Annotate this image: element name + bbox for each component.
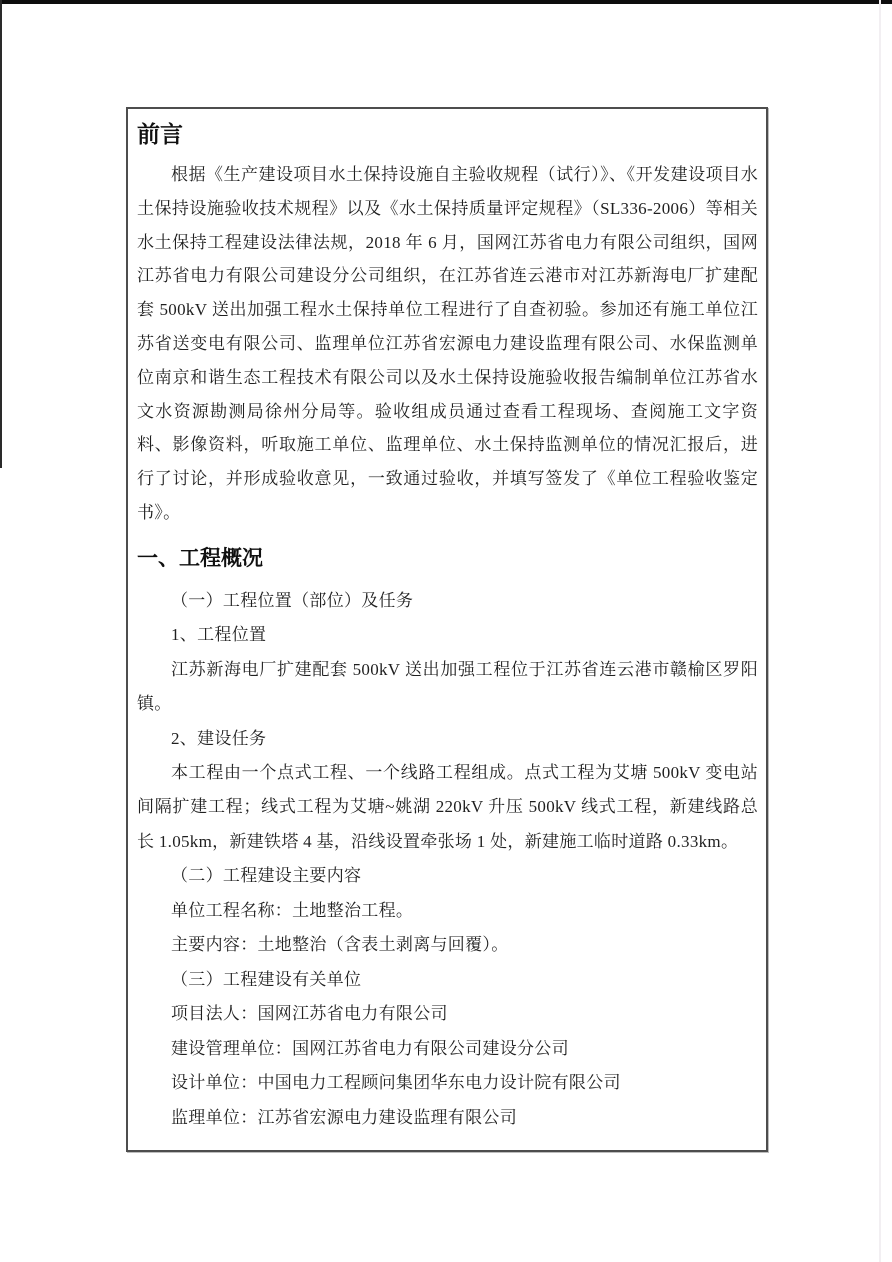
foreword-heading: 前言 [137, 119, 758, 151]
sub-heading-main-construction-content: （二）工程建设主要内容 [137, 859, 758, 894]
scan-left-edge [0, 0, 2, 468]
scan-top-edge [0, 0, 892, 4]
section-1-heading: 一、工程概况 [137, 543, 758, 573]
scan-right-edge [879, 0, 881, 1262]
line-design-unit: 设计单位：中国电力工程顾问集团华东电力设计院有限公司 [137, 1066, 758, 1101]
line-construction-management-unit: 建设管理单位：国网江苏省电力有限公司建设分公司 [137, 1032, 758, 1067]
paragraph-construction-task: 本工程由一个点式工程、一个线路工程组成。点式工程为艾塘 500kV 变电站间隔扩… [137, 756, 758, 859]
line-main-content: 主要内容：土地整治（含表土剥离与回覆）。 [137, 928, 758, 963]
line-unit-project-name: 单位工程名称：土地整治工程。 [137, 894, 758, 929]
paragraph-project-location: 江苏新海电厂扩建配套 500kV 送出加强工程位于江苏省连云港市赣榆区罗阳镇。 [137, 653, 758, 722]
sub-heading-location-and-task: （一）工程位置（部位）及任务 [137, 584, 758, 619]
line-project-legal-person: 项目法人：国网江苏省电力有限公司 [137, 997, 758, 1032]
sub-heading-related-units: （三）工程建设有关单位 [137, 963, 758, 998]
line-supervision-unit: 监理单位：江苏省宏源电力建设监理有限公司 [137, 1101, 758, 1136]
foreword-paragraph: 根据《生产建设项目水土保持设施自主验收规程（试行）》、《开发建设项目水土保持设施… [137, 158, 758, 530]
sub-heading-construction-task: 2、建设任务 [137, 722, 758, 757]
document-cell: 前言 根据《生产建设项目水土保持设施自主验收规程（试行）》、《开发建设项目水土保… [126, 107, 768, 1152]
sub-heading-project-location: 1、工程位置 [137, 618, 758, 653]
scanned-document-page: { "colors": { "page_background": "#fffff… [0, 0, 892, 1262]
